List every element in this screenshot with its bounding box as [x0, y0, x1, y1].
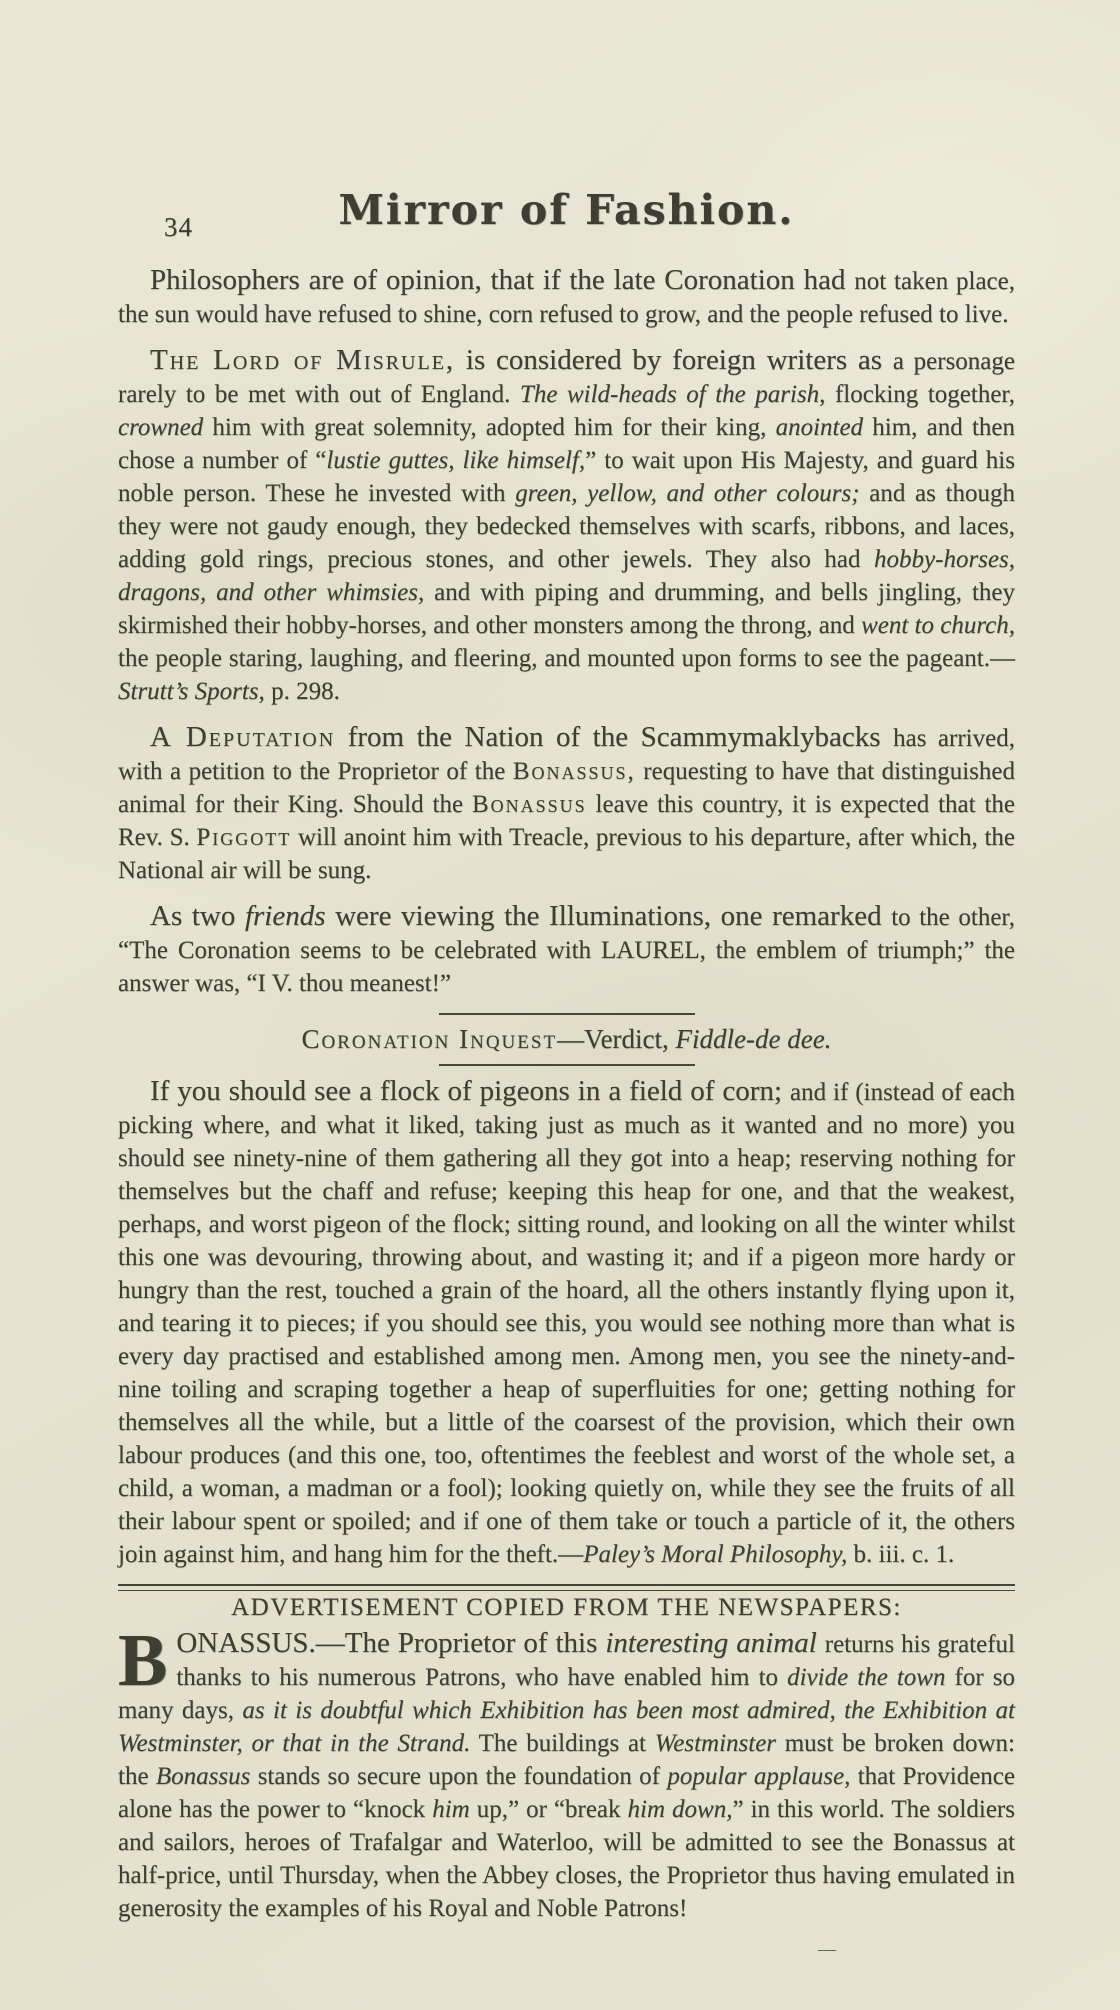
text-segment: Bonassus,	[513, 758, 636, 785]
section-heading-text: Coronation Inquest—Verdict, Fiddle-de de…	[118, 1024, 1015, 1055]
scanned-book-page: { "page": { "number": "34", "masthead": …	[0, 0, 1120, 2010]
text-segment: friends	[245, 900, 326, 932]
text-segment: A Deputation	[150, 721, 335, 753]
text-segment: Paley’s Moral Philosophy,	[583, 1541, 847, 1568]
para-bonassus: BONASSUS.—The Proprietor of this interes…	[118, 1627, 1015, 1925]
text-column: 34 Mirror of Fashion. Philosophers are o…	[118, 186, 1015, 1960]
para-deputation: A Deputation from the Nation of the Scam…	[118, 721, 1015, 887]
text-segment: him with great solemnity, adopted him fo…	[203, 414, 775, 441]
text-segment: stands so secure upon the foundation of	[250, 1763, 667, 1790]
text-segment: him down,	[628, 1796, 733, 1823]
text-segment: went to church,	[861, 612, 1015, 639]
dropcap-letter: B	[118, 1627, 176, 1690]
text-segment: ONASSUS.—The Proprietor of this	[176, 1627, 605, 1659]
text-segment: Philosophers are of opinion, that if the…	[150, 264, 854, 296]
double-rule	[118, 1584, 1015, 1591]
text-segment: The wild-heads of the parish,	[520, 381, 826, 408]
text-segment: Piggott	[196, 824, 291, 851]
end-mark: —	[118, 1939, 1015, 1960]
text-segment: crowned	[118, 414, 203, 441]
text-segment: interesting animal	[605, 1627, 824, 1659]
divider-rule-top	[439, 1013, 695, 1015]
advertisement-heading: ADVERTISEMENT COPIED FROM THE NEWSPAPERS…	[118, 1594, 1015, 1622]
text-segment: Westminster	[655, 1730, 776, 1757]
para-pigeons: If you should see a flock of pigeons in …	[118, 1075, 1015, 1571]
text-segment: b. iii. c. 1.	[847, 1541, 954, 1568]
text-segment: is considered by foreign writers as	[455, 344, 893, 376]
text-segment: flocking together,	[825, 381, 1015, 408]
text-segment: from the Nation of the Scammymaklybacks	[335, 721, 893, 753]
text-segment: Fiddle-de dee.	[676, 1024, 832, 1054]
text-segment: —Verdict,	[557, 1024, 675, 1054]
text-segment: Strutt’s Sports,	[118, 678, 265, 705]
text-segment: The Lord of Misrule,	[150, 344, 455, 376]
text-segment: him	[432, 1796, 470, 1823]
page-number: 34	[164, 212, 193, 243]
text-segment: the people staring, laughing, and fleeri…	[118, 645, 1015, 672]
text-segment: were viewing the Illuminations, one rema…	[326, 900, 892, 932]
para-illuminations: As two friends were viewing the Illumina…	[118, 900, 1015, 1000]
text-segment: If you should see a flock of pigeons in …	[150, 1075, 790, 1107]
text-segment: As two	[150, 900, 245, 932]
text-segment: divide the town	[787, 1664, 945, 1691]
heading-coronation-inquest: Coronation Inquest—Verdict, Fiddle-de de…	[118, 1013, 1015, 1066]
para-philosophers: Philosophers are of opinion, that if the…	[118, 264, 1015, 331]
text-segment: popular applause,	[667, 1763, 850, 1790]
text-segment: up,” or “break	[470, 1796, 628, 1823]
masthead-title: Mirror of Fashion.	[118, 186, 1015, 234]
text-segment: lustie guttes, like himself,	[326, 447, 585, 474]
text-segment: The buildings at	[470, 1730, 654, 1757]
text-segment: and if (instead of each picking where, a…	[118, 1079, 1015, 1568]
para-lord-of-misrule: The Lord of Misrule, is considered by fo…	[118, 344, 1015, 708]
text-segment: Bonassus	[472, 791, 587, 818]
page-header: 34 Mirror of Fashion.	[118, 186, 1015, 264]
text-blocks: Philosophers are of opinion, that if the…	[118, 264, 1015, 1960]
text-segment: anointed	[776, 414, 864, 441]
text-segment: Bonassus	[156, 1763, 250, 1790]
text-segment: p. 298.	[265, 678, 340, 705]
text-segment: green, yellow, and other colours;	[515, 480, 859, 507]
heading-advertisement: ADVERTISEMENT COPIED FROM THE NEWSPAPERS…	[118, 1584, 1015, 1622]
text-segment: Coronation Inquest	[302, 1024, 558, 1054]
divider-rule-bottom	[439, 1064, 695, 1066]
